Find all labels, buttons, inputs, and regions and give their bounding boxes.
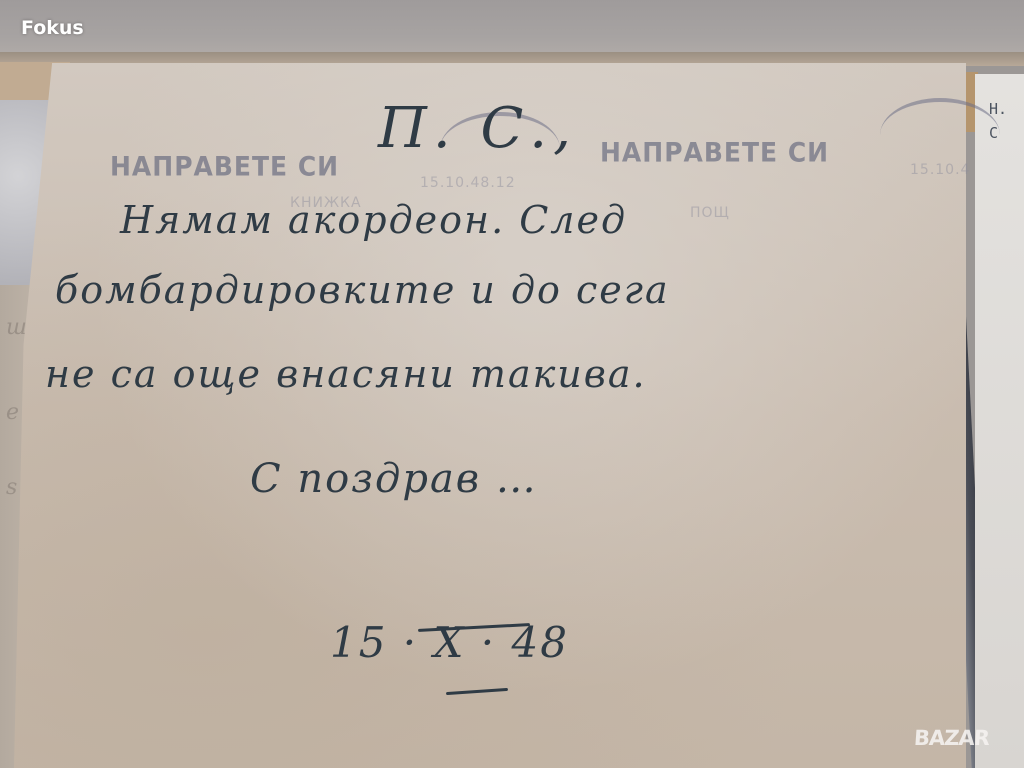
handwritten-line-3: не са още внасяни такива. bbox=[45, 352, 647, 396]
ghost-letter: s bbox=[6, 475, 17, 500]
handwritten-greeting: С поздрав … bbox=[250, 456, 538, 502]
right-adjacent-card: Н. С bbox=[975, 74, 1024, 768]
date-day: 15 bbox=[330, 618, 387, 667]
ghost-letter: е bbox=[6, 400, 19, 425]
postmark-circle-right bbox=[880, 98, 1000, 172]
handwritten-line-1: Нямам акордеон. След bbox=[120, 198, 627, 242]
stamp-slogan-right: НАПРАВЕТЕ СИ bbox=[600, 137, 829, 167]
username-label: Fokus bbox=[21, 17, 84, 39]
date-separator: · bbox=[387, 618, 433, 667]
handwritten-line-2: бомбардировките и до сега bbox=[55, 268, 670, 312]
stamp-slogan-left: НАПРАВЕТЕ СИ bbox=[110, 151, 339, 181]
handwritten-initials: П. С., bbox=[378, 96, 577, 161]
date-month-roman: X bbox=[434, 618, 466, 667]
handwritten-date: 15 · X · 48 bbox=[330, 618, 569, 667]
stamp-faint-line-right: ПОЩ bbox=[690, 205, 730, 221]
ghost-letter: ш bbox=[6, 315, 27, 340]
bazar-watermark-logo: BAZAR bbox=[913, 726, 990, 750]
